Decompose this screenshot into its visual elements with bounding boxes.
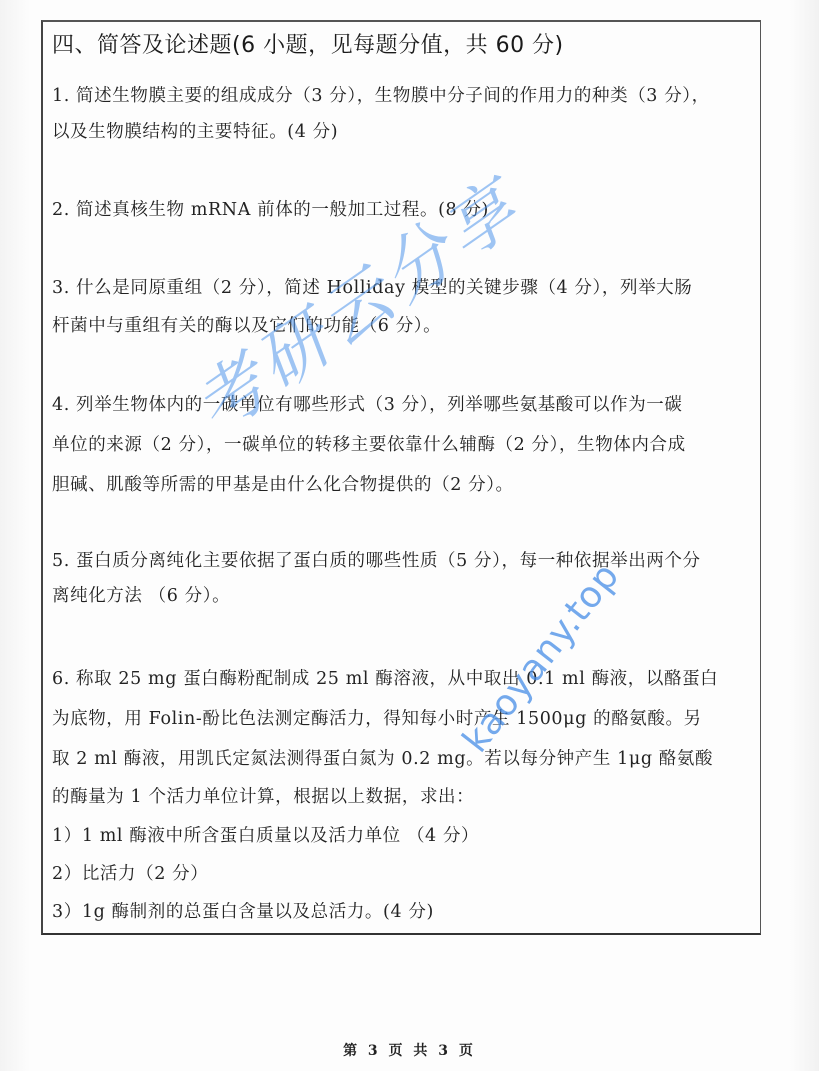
question-3-line-1: 3. 什么是同原重组（2 分），简述 Holliday 模型的关键步骤（4 分）… [52,274,692,299]
page-indicator: 第 3 页 共 3 页 [0,1040,819,1060]
question-6-line-3: 取 2 ml 酶液，用凯氏定氮法测得蛋白氮为 0.2 mg。若以每分钟产生 1μ… [52,745,713,770]
question-3-line-2: 杆菌中与重组有关的酶以及它们的功能（6 分）。 [52,312,441,337]
question-6-line-1: 6. 称取 25 mg 蛋白酶粉配制成 25 ml 酶溶液，从中取出 0.1 m… [52,665,718,690]
question-1-line-1: 1. 简述生物膜主要的组成成分（3 分），生物膜中分子间的作用力的种类（3 分）… [52,82,710,107]
question-4-line-1: 4. 列举生物体内的一碳单位有哪些形式（3 分），列举哪些氨基酸可以作为一碳 [52,391,683,416]
question-5-line-2: 离纯化方法 （6 分）。 [52,582,230,607]
question-6-subquestion-1: 1）1 ml 酶液中所含蛋白质量以及活力单位 （4 分） [52,822,479,847]
question-1-line-2: 以及生物膜结构的主要特征。(4 分) [52,118,338,143]
question-2-line-1: 2. 简述真核生物 mRNA 前体的一般加工过程。(8 分) [52,196,489,221]
question-5-line-1: 5. 蛋白质分离纯化主要依据了蛋白质的哪些性质（5 分），每一种依据举出两个分 [52,547,701,572]
question-6-subquestion-2: 2）比活力（2 分） [52,860,208,885]
question-4-line-2: 单位的来源（2 分），一碳单位的转移主要依靠什么辅酶（2 分），生物体内合成 [52,431,686,456]
question-6-line-2: 为底物，用 Folin-酚比色法测定酶活力，得知每小时产生 1500μg 的酪氨… [52,705,702,730]
question-4-line-3: 胆碱、肌酸等所需的甲基是由什么化合物提供的（2 分）。 [52,471,514,496]
question-6-line-4: 的酶量为 1 个活力单位计算，根据以上数据，求出： [52,783,474,808]
question-6-subquestion-3: 3）1g 酶制剂的总蛋白含量以及总活力。(4 分) [52,898,434,923]
section-heading: 四、简答及论述题(6 小题，见每题分值，共 60 分) [52,28,564,59]
